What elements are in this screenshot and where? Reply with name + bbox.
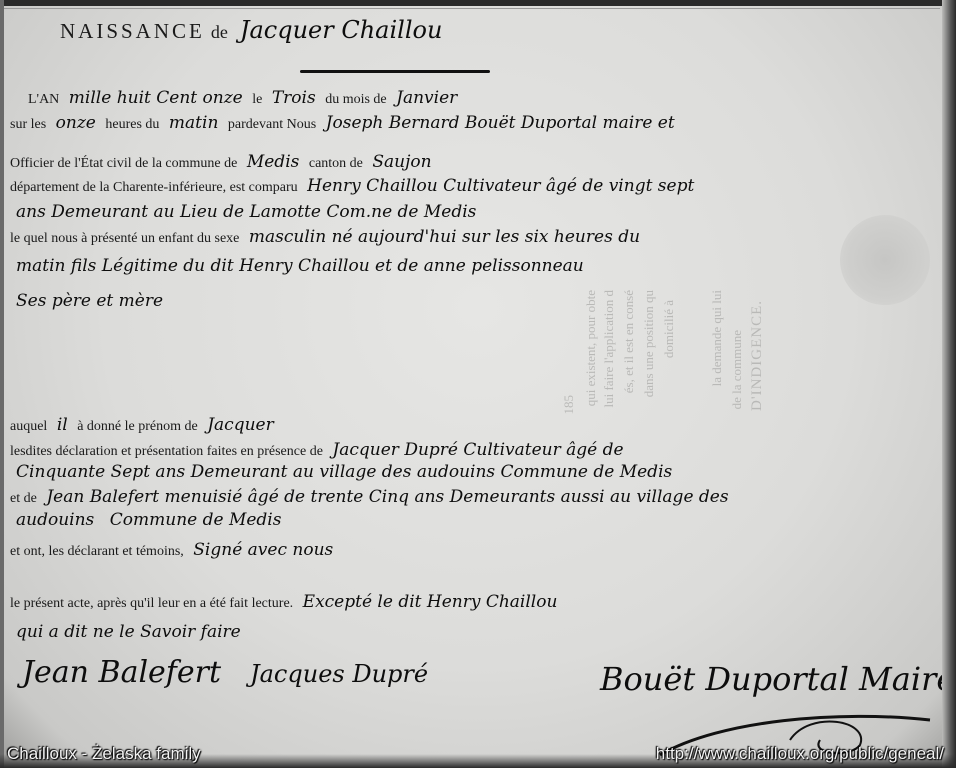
handwritten-entry: Commune de Medis <box>110 510 282 530</box>
handwritten-entry: Henry Chaillou Cultivateur âgé de vingt … <box>307 176 694 196</box>
watermark-family: Chailloux - Żelaska family <box>7 744 201 764</box>
title-de: de <box>211 22 228 42</box>
record-line: Ses père et mère <box>10 291 169 311</box>
bleed-through-line: és, et il est en consé <box>620 290 638 393</box>
record-line: et ont, les déclarant et témoins, Signé … <box>10 540 339 560</box>
printed-text: sur les <box>10 117 46 132</box>
handwritten-entry: Ses père et mère <box>16 291 163 311</box>
handwritten-entry: Jean Balefert menuisié âgé de trente Cin… <box>46 487 728 507</box>
watermark-url: http://www.chailloux.org/public/geneal/ <box>656 744 944 764</box>
signature-mayor: Bouët Duportal Maire <box>600 660 955 698</box>
top-rule-line <box>0 8 940 9</box>
record-line: sur les onze heures du matin pardevant N… <box>10 113 681 133</box>
document-scan: D'INDIGENCE. de la commune la demande qu… <box>0 0 956 768</box>
handwritten-entry: Jacquer Dupré Cultivateur âgé de <box>332 440 623 460</box>
printed-text: et ont, les déclarant et témoins, <box>10 544 184 559</box>
printed-text: département de la Charente-inférieure, e… <box>10 180 298 195</box>
bleed-through-line: domicilié à <box>660 300 678 358</box>
paper-stain <box>840 215 930 305</box>
record-line: Cinquante Sept ans Demeurant au village … <box>10 462 678 482</box>
record-line: auquel il à donné le prénom de Jacquer <box>10 415 280 435</box>
printed-text: du mois de <box>325 92 386 107</box>
record-line: Officier de l'État civil de la commune d… <box>10 152 438 172</box>
printed-text: canton de <box>309 156 363 171</box>
printed-text: nous à présenté un enfant du sexe <box>51 231 239 246</box>
printed-text: le quel <box>10 231 48 246</box>
printed-text: auquel <box>10 419 47 434</box>
handwritten-entry: Excepté le dit Henry Chaillou <box>303 592 558 612</box>
bleed-through-line: la demande qui lui <box>708 290 726 386</box>
handwritten-entry: Cinquante Sept ans Demeurant au village … <box>16 462 672 482</box>
left-page-edge <box>0 0 4 768</box>
bleed-through-heading: D'INDIGENCE. <box>748 300 766 411</box>
handwritten-entry: qui a dit ne le Savoir faire <box>16 622 241 642</box>
bleed-through-line: dans une position qu <box>640 290 658 397</box>
handwritten-entry: Joseph Bernard Bouët Duportal maire et <box>326 113 675 133</box>
record-line: le quel nous à présenté un enfant du sex… <box>10 227 646 247</box>
title-child-name: Jacquer Chaillou <box>240 16 443 44</box>
bleed-through-line: qui existent, pour obte <box>582 290 600 406</box>
printed-text: heures du <box>105 117 159 132</box>
top-border <box>0 0 956 6</box>
bleed-through-year: 185 <box>560 395 578 415</box>
signature-witness1: Jean Balefert <box>22 655 221 690</box>
handwritten-entry: Medis <box>247 152 300 172</box>
handwritten-entry: masculin né aujourd'hui sur les six heur… <box>249 227 640 247</box>
handwritten-entry: mille huit Cent onze <box>69 88 243 108</box>
record-line: le présent acte, après qu'il leur en a é… <box>10 592 563 612</box>
handwritten-entry: Saujon <box>372 152 431 172</box>
handwritten-entry: matin <box>169 113 218 133</box>
printed-text: et de <box>10 491 37 506</box>
record-line: qui a dit ne le Savoir faire <box>10 622 247 642</box>
handwritten-entry: il <box>57 415 68 435</box>
printed-text: pardevant Nous <box>228 117 316 132</box>
printed-text: L'AN <box>28 92 59 107</box>
bleed-through-line: lui faire l'application d <box>600 290 618 408</box>
record-line: ans Demeurant au Lieu de Lamotte Com.ne … <box>10 202 482 222</box>
printed-text: Officier de l'État civil de la commune d… <box>10 156 237 171</box>
signature-witness2: Jacques Dupré <box>250 660 428 688</box>
bleed-through-line: de la commune <box>728 330 746 409</box>
record-line: lesdites déclaration et présentation fai… <box>10 440 630 460</box>
handwritten-entry: ans Demeurant au Lieu de Lamotte Com.ne … <box>16 202 476 222</box>
title-ornament-rule <box>300 70 490 73</box>
record-line: L'AN mille huit Cent onze le Trois du mo… <box>28 88 463 108</box>
handwritten-entry: matin fils Légitime du dit Henry Chaillo… <box>16 256 584 276</box>
printed-text: le présent acte, après qu'il leur en a é… <box>10 596 293 611</box>
printed-text: le <box>252 92 262 107</box>
handwritten-entry: Janvier <box>396 88 457 108</box>
title-printed: NAISSANCE <box>60 19 205 43</box>
handwritten-entry: onze <box>56 113 96 133</box>
document-title: NAISSANCEdeJacquer Chaillou <box>60 16 442 44</box>
record-line: audouins Commune de Medis <box>10 510 287 530</box>
printed-text: à donné le prénom <box>77 419 181 434</box>
right-page-edge <box>942 0 956 768</box>
record-line: matin fils Légitime du dit Henry Chaillo… <box>10 256 590 276</box>
printed-text: lesdites déclaration et présentation fai… <box>10 444 323 459</box>
handwritten-entry: Signé avec nous <box>193 540 333 560</box>
handwritten-entry: Trois <box>272 88 316 108</box>
printed-text: de <box>185 419 198 434</box>
record-line: département de la Charente-inférieure, e… <box>10 176 700 196</box>
record-line: et de Jean Balefert menuisié âgé de tren… <box>10 487 735 507</box>
handwritten-entry: Jacquer <box>207 415 274 435</box>
handwritten-entry: audouins <box>16 510 94 530</box>
